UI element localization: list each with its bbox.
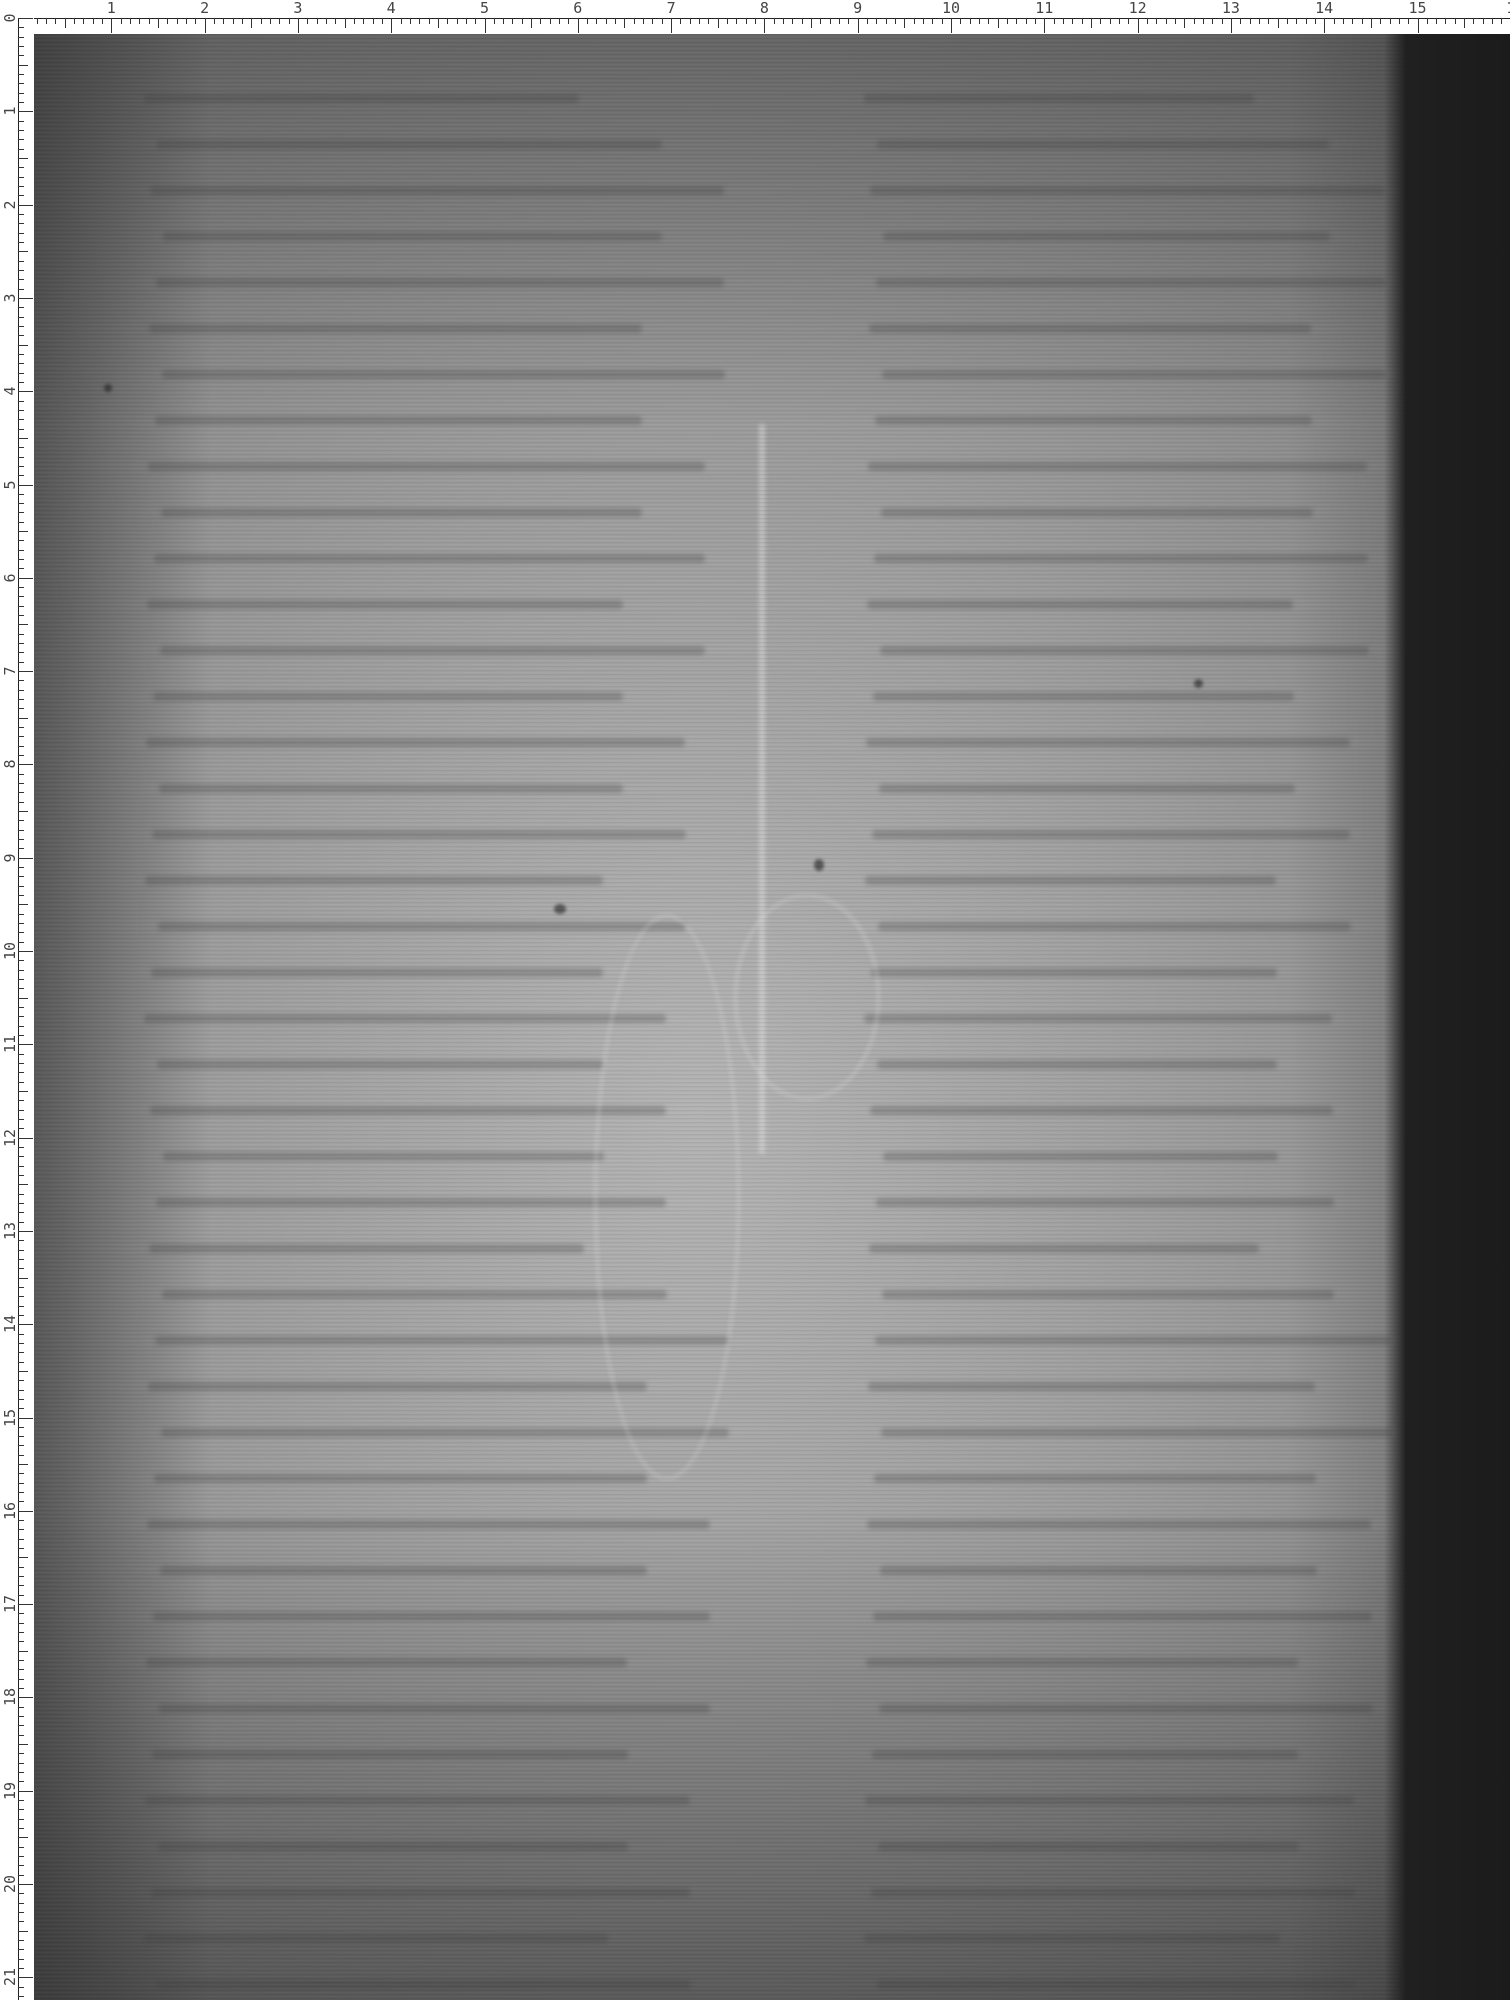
ruler-tick (18, 457, 24, 458)
ruler-tick (904, 18, 905, 28)
ruler-tick (18, 1623, 24, 1624)
ruler-tick (186, 18, 187, 24)
ruler-tick (1240, 18, 1241, 24)
ruler-tick (18, 1903, 24, 1904)
ruler-tick (18, 1212, 24, 1213)
ruler-tick (485, 18, 486, 33)
ruler-tick (830, 18, 831, 24)
ruler-tick (1138, 18, 1139, 33)
ruler-tick (18, 55, 24, 56)
ruler-tick (18, 1278, 28, 1279)
ruler-tick (18, 1828, 24, 1829)
ruler-tick (18, 979, 24, 980)
ruler-tick (18, 1324, 33, 1325)
ruler-label: 16 (2, 1502, 18, 1520)
ruler-tick (18, 1100, 24, 1101)
ruler-tick (18, 27, 24, 28)
ruler-tick (18, 1791, 33, 1792)
ruler-tick (839, 18, 840, 24)
ruler-tick (18, 391, 33, 392)
ruler-tick (531, 18, 532, 28)
ruler-tick (1063, 18, 1064, 24)
ruler-label: 9 (2, 849, 18, 867)
ruler-tick (1399, 18, 1400, 24)
ruler-tick (18, 186, 24, 187)
ruler-tick (18, 774, 24, 775)
ruler-tick (18, 494, 24, 495)
ruler-tick (18, 223, 24, 224)
ruler-tick (1352, 18, 1353, 24)
ruler-tick (345, 18, 346, 28)
ruler-tick (233, 18, 234, 24)
ruler-tick (214, 18, 215, 24)
ruler-tick (18, 1240, 24, 1241)
ruler-tick (18, 1912, 24, 1913)
ruler-tick (18, 634, 24, 635)
ruler-tick (18, 1334, 24, 1335)
ruler-tick (18, 1483, 24, 1484)
ruler-tick (764, 18, 765, 33)
ruler-tick (18, 1007, 24, 1008)
ruler-tick (18, 447, 24, 448)
ruler-tick (447, 18, 448, 24)
ruler-tick (18, 867, 24, 868)
ruler-tick (18, 1800, 24, 1801)
ruler-tick (18, 876, 24, 877)
ruler-tick (429, 18, 430, 24)
scan-lines (34, 34, 1510, 2000)
ruler-tick (18, 1940, 24, 1941)
ruler-tick (74, 18, 75, 24)
ruler-tick (18, 578, 33, 579)
ruler-tick (494, 18, 495, 24)
ruler-label: 3 (293, 0, 302, 16)
ruler-tick (18, 1184, 28, 1185)
ruler-tick (1082, 18, 1083, 24)
ruler-tick (18, 802, 24, 803)
ruler-tick (18, 167, 24, 168)
ruler-tick (18, 624, 28, 625)
ruler-tick (606, 18, 607, 24)
ruler-tick (18, 1119, 24, 1120)
ruler-tick (18, 998, 28, 999)
ruler-tick (18, 792, 24, 793)
ruler-tick (18, 736, 24, 737)
ruler-tick (18, 1436, 24, 1437)
ruler-tick (848, 18, 849, 24)
ruler-label: 13 (2, 1222, 18, 1240)
ruler-label: 11 (2, 1035, 18, 1053)
ruler-tick (708, 18, 709, 24)
ruler-tick (1427, 18, 1428, 24)
ruler-label: 1 (107, 0, 116, 16)
ruler-tick (18, 1753, 24, 1754)
ruler-tick (18, 559, 24, 560)
ruler-tick (503, 18, 504, 24)
ruler-tick (18, 1306, 24, 1307)
ruler-tick (223, 18, 224, 24)
ruler-tick (18, 382, 24, 383)
ruler-tick (466, 18, 467, 24)
ruler-tick (18, 177, 24, 178)
ruler-tick (1445, 18, 1446, 24)
ruler-tick (18, 1557, 28, 1558)
ruler-tick (1222, 18, 1223, 24)
ruler-tick (18, 746, 24, 747)
ruler-label: 4 (2, 382, 18, 400)
ruler-tick (83, 18, 84, 24)
ruler-tick (18, 1977, 33, 1978)
ruler-tick (18, 1707, 24, 1708)
ruler-tick (1501, 18, 1502, 24)
ruler-label: 6 (573, 0, 582, 16)
ruler-label: 4 (387, 0, 396, 16)
ruler-tick (363, 18, 364, 24)
ruler-label: 3 (2, 289, 18, 307)
ruler-label: 18 (2, 1688, 18, 1706)
ruler-label: 2 (200, 0, 209, 16)
ruler-tick (195, 18, 196, 24)
ruler-tick (93, 18, 94, 24)
ruler-tick (979, 18, 980, 24)
ruler-tick (18, 531, 28, 532)
ruler-tick (18, 512, 24, 513)
ruler-tick (326, 18, 327, 24)
ruler-tick (18, 1679, 24, 1680)
ruler-tick (18, 699, 24, 700)
ruler-tick (18, 373, 24, 374)
ruler-tick (18, 1072, 24, 1073)
ruler-tick (18, 1865, 24, 1866)
ruler-label: 8 (2, 755, 18, 773)
ruler-tick (65, 18, 66, 28)
ruler-tick (18, 121, 24, 122)
ruler-tick (18, 727, 24, 728)
ruler-tick (18, 839, 24, 840)
ruler-tick (18, 1585, 24, 1586)
ruler-label: 0 (2, 9, 18, 27)
ruler-tick (18, 1418, 33, 1419)
ruler-tick (18, 1567, 24, 1568)
ruler-tick (130, 18, 131, 24)
ruler-tick (18, 1819, 24, 1820)
ruler-tick (205, 18, 206, 33)
ruler-tick (18, 270, 24, 271)
ruler-tick (932, 18, 933, 24)
ruler-tick (18, 1016, 24, 1017)
ruler-tick (18, 1194, 24, 1195)
ruler-tick (1156, 18, 1157, 24)
ruler-tick (1016, 18, 1017, 24)
ruler-tick (121, 18, 122, 24)
ruler-tick (867, 18, 868, 24)
ruler-tick (18, 37, 24, 38)
ruler-tick (18, 1511, 33, 1512)
ruler-tick (1212, 18, 1213, 24)
ruler-tick (18, 708, 24, 709)
ruler-tick (18, 1427, 24, 1428)
ruler-tick (18, 1763, 24, 1764)
ruler-tick (18, 1959, 24, 1960)
ruler-tick (18, 1138, 33, 1139)
ruler-tick (736, 18, 737, 24)
ruler-tick (690, 18, 691, 24)
ruler-tick (18, 1063, 24, 1064)
ruler-tick (18, 1110, 24, 1111)
ruler-tick (1455, 18, 1456, 24)
ruler-tick (746, 18, 747, 24)
ruler-tick (18, 820, 24, 821)
ruler-label: 15 (1408, 0, 1426, 16)
ruler-tick (18, 858, 33, 859)
ruler-tick (923, 18, 924, 24)
ruler-tick (18, 18, 33, 19)
ruler-tick (18, 540, 24, 541)
ruler-tick (18, 485, 33, 486)
ruler-tick (251, 18, 252, 28)
ruler-tick (1343, 18, 1344, 24)
ruler-tick (279, 18, 280, 24)
ruler-tick (652, 18, 653, 24)
ruler-tick (18, 1725, 24, 1726)
ruler-tick (568, 18, 569, 24)
ruler-label: 1 (2, 102, 18, 120)
ruler-tick (1408, 18, 1409, 24)
ruler-tick (18, 1669, 24, 1670)
ruler-tick (1315, 18, 1316, 24)
ruler-tick (18, 1268, 24, 1269)
ruler-tick (18, 195, 24, 196)
ruler-tick (18, 1548, 24, 1549)
ruler-tick (624, 18, 625, 28)
ruler-tick (587, 18, 588, 24)
ruler-tick (18, 139, 24, 140)
ruler-tick (18, 1371, 28, 1372)
ruler-tick (970, 18, 971, 24)
ruler-tick (18, 1744, 28, 1745)
ruler-tick (18, 158, 28, 159)
ruler-tick (1268, 18, 1269, 24)
ruler-tick (18, 1287, 24, 1288)
ruler-tick (1100, 18, 1101, 24)
ruler-tick (18, 1352, 24, 1353)
ruler-tick (18, 130, 24, 131)
ruler-tick (596, 18, 597, 24)
ruler-tick (18, 1343, 24, 1344)
ruler-tick (18, 1390, 24, 1391)
ruler-tick (18, 317, 24, 318)
ruler-tick (18, 466, 24, 467)
ruler-tick (18, 1166, 24, 1167)
ruler-tick (382, 18, 383, 24)
ruler-tick (18, 1529, 24, 1530)
ruler-tick (18, 1660, 24, 1661)
ruler-tick (18, 1632, 24, 1633)
ruler-tick (18, 1613, 24, 1614)
ruler-tick (18, 149, 24, 150)
ruler-tick (18, 102, 24, 103)
ruler-tick (1464, 18, 1465, 28)
ruler-label: 14 (2, 1315, 18, 1333)
ruler-tick (18, 662, 24, 663)
ruler-tick (895, 18, 896, 24)
ruler-tick (18, 1539, 24, 1540)
ruler-label: 13 (1222, 0, 1240, 16)
ruler-tick (317, 18, 318, 24)
ruler-tick (18, 233, 24, 234)
ruler-label: 10 (942, 0, 960, 16)
ruler-tick (18, 74, 24, 75)
ruler-tick (550, 18, 551, 24)
ruler-tick (18, 419, 24, 420)
ruler-tick (289, 18, 290, 24)
ruler-tick (18, 690, 24, 691)
ruler-tick (18, 1893, 24, 1894)
ruler-tick (18, 279, 24, 280)
ruler-tick (18, 1884, 33, 1885)
ruler-tick (18, 1399, 24, 1400)
ruler-tick (18, 326, 24, 327)
ruler-tick (18, 680, 24, 681)
ruler-tick (55, 18, 56, 24)
ruler-tick (18, 923, 24, 924)
ruler-label: 7 (2, 662, 18, 680)
ruler-tick (18, 1054, 24, 1055)
ruler-tick (1483, 18, 1484, 24)
ruler-tick (1380, 18, 1381, 24)
ruler-tick (18, 214, 24, 215)
ruler-tick (1044, 18, 1045, 33)
ruler-label: 6 (2, 569, 18, 587)
ruler-tick (438, 18, 439, 28)
ruler-tick (18, 914, 24, 915)
ruler-tick (419, 18, 420, 24)
ruler-tick (18, 363, 24, 364)
ruler-tick (718, 18, 719, 28)
ruler-tick (18, 1921, 24, 1922)
ruler-tick (792, 18, 793, 24)
ruler-tick (18, 1809, 24, 1810)
ruler-tick (1007, 18, 1008, 24)
ruler-tick (18, 401, 24, 402)
ruler-tick (139, 18, 140, 24)
ruler-tick (18, 438, 28, 439)
ruler-tick (18, 1949, 24, 1950)
ruler-tick (18, 960, 24, 961)
ruler-tick (18, 951, 33, 952)
ruler-tick (18, 111, 33, 112)
ruler-tick (270, 18, 271, 24)
ruler-label: 21 (2, 1968, 18, 1986)
ruler-tick (18, 652, 24, 653)
ruler-tick (755, 18, 756, 24)
ruler-tick (1436, 18, 1437, 24)
ruler-tick (1231, 18, 1232, 33)
ruler-tick (18, 1576, 24, 1577)
ruler-tick (18, 615, 24, 616)
ruler-tick (18, 93, 24, 94)
ruler-tick (18, 1091, 28, 1092)
ruler-tick (102, 18, 103, 24)
ruler-label: 17 (2, 1595, 18, 1613)
ruler-tick (559, 18, 560, 24)
ruler-tick (401, 18, 402, 24)
ruler-tick (1334, 18, 1335, 24)
ruler-tick (298, 18, 299, 33)
ruler-tick (18, 1082, 24, 1083)
ruler-tick (18, 755, 24, 756)
ruler-tick (18, 1996, 24, 1997)
ruler-tick (1473, 18, 1474, 24)
ruler-tick (18, 261, 24, 262)
ruler-tick (662, 18, 663, 24)
ruler-tick (18, 65, 28, 66)
ruler-tick (820, 18, 821, 24)
ruler-tick (1259, 18, 1260, 24)
ruler-tick (540, 18, 541, 24)
ruler-tick (18, 1455, 24, 1456)
ruler-tick (615, 18, 616, 24)
ruler-tick (18, 1520, 24, 1521)
ruler-tick (18, 429, 24, 430)
ruler-tick (18, 475, 24, 476)
ruler-label: 1 (1506, 0, 1510, 16)
ruler-tick (111, 18, 112, 33)
ruler-tick (783, 18, 784, 24)
ruler-tick (158, 18, 159, 28)
ruler-tick (18, 410, 24, 411)
ruler-label: 15 (2, 1409, 18, 1427)
ruler-tick (1175, 18, 1176, 24)
vertical-ruler: 0123456789101112131415161718192021 (0, 0, 34, 2000)
ruler-tick (167, 18, 168, 24)
ruler-tick (886, 18, 887, 24)
ruler-tick (18, 1856, 24, 1857)
ruler-tick (18, 568, 24, 569)
ruler-tick (876, 18, 877, 24)
ruler-tick (960, 18, 961, 24)
ruler-tick (634, 18, 635, 24)
ruler-tick (242, 18, 243, 24)
ruler-tick (18, 1156, 24, 1157)
ruler-label: 10 (2, 942, 18, 960)
ruler-tick (18, 718, 28, 719)
ruler-tick (18, 205, 33, 206)
ruler-tick (1296, 18, 1297, 24)
ruler-tick (1287, 18, 1288, 24)
ruler-tick (1119, 18, 1120, 24)
ruler-tick (18, 1203, 24, 1204)
ruler-tick (1091, 18, 1092, 28)
ruler-tick (998, 18, 999, 28)
ruler-tick (802, 18, 803, 24)
ruler-label: 7 (667, 0, 676, 16)
horizontal-ruler: 01234567891011121314151 (0, 0, 1510, 34)
ruler-tick (774, 18, 775, 24)
ruler-label: 8 (760, 0, 769, 16)
ruler-label: 12 (2, 1129, 18, 1147)
ruler-tick (18, 886, 24, 887)
ruler-tick (261, 18, 262, 24)
ruler-tick (680, 18, 681, 24)
ruler-tick (391, 18, 392, 33)
ruler-tick (18, 251, 28, 252)
ruler-label: 19 (2, 1782, 18, 1800)
ruler-tick (18, 606, 24, 607)
ruler-tick (1035, 18, 1036, 24)
ruler-tick (18, 46, 24, 47)
ruler-tick (18, 643, 24, 644)
